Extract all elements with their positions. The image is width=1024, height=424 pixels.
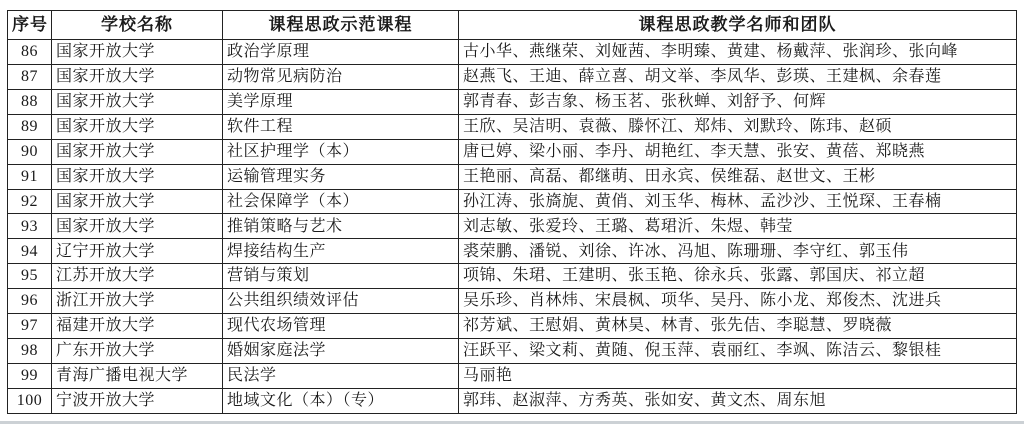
row-demo-course: 社区护理学（本）: [223, 139, 459, 164]
header-serial-number: 序号: [8, 11, 52, 40]
row-teaching-team: 王艳丽、高磊、都继萌、田永宾、侯维磊、赵世文、王彬: [459, 164, 1017, 189]
course-table: 序号 学校名称 课程思政示范课程 课程思政教学名师和团队 86国家开放大学政治学…: [7, 10, 1017, 414]
row-serial-number: 91: [8, 164, 52, 189]
table-row: 99青海广播电视大学民法学马丽艳: [8, 363, 1017, 388]
table-row: 95江苏开放大学营销与策划项锦、朱珺、王建明、张玉艳、徐永兵、张露、郭国庆、祁立…: [8, 264, 1017, 289]
row-teaching-team: 刘志敏、张爱玲、王璐、葛珺沂、朱煜、韩莹: [459, 214, 1017, 239]
row-demo-course: 地域文化（本）（专）: [223, 388, 459, 413]
row-serial-number: 98: [8, 339, 52, 364]
table-row: 91国家开放大学运输管理实务王艳丽、高磊、都继萌、田永宾、侯维磊、赵世文、王彬: [8, 164, 1017, 189]
row-demo-course: 运输管理实务: [223, 164, 459, 189]
row-school-name: 青海广播电视大学: [52, 363, 223, 388]
table-row: 94辽宁开放大学焊接结构生产裘荣鹏、潘锐、刘徐、许冰、冯旭、陈珊珊、李守红、郭玉…: [8, 239, 1017, 264]
row-demo-course: 现代农场管理: [223, 314, 459, 339]
row-school-name: 江苏开放大学: [52, 264, 223, 289]
row-demo-course: 婚姻家庭法学: [223, 339, 459, 364]
row-school-name: 辽宁开放大学: [52, 239, 223, 264]
row-serial-number: 90: [8, 139, 52, 164]
row-school-name: 浙江开放大学: [52, 289, 223, 314]
row-teaching-team: 郭玮、赵淑萍、方秀英、张如安、黄文杰、周东旭: [459, 388, 1017, 413]
row-demo-course: 社会保障学（本）: [223, 189, 459, 214]
row-school-name: 国家开放大学: [52, 64, 223, 89]
table-row: 90国家开放大学社区护理学（本）唐已婷、梁小丽、李丹、胡艳红、李天慧、张安、黄蓓…: [8, 139, 1017, 164]
header-teaching-team: 课程思政教学名师和团队: [459, 11, 1017, 40]
table-row: 100宁波开放大学地域文化（本）（专）郭玮、赵淑萍、方秀英、张如安、黄文杰、周东…: [8, 388, 1017, 413]
row-school-name: 国家开放大学: [52, 164, 223, 189]
row-serial-number: 96: [8, 289, 52, 314]
row-serial-number: 86: [8, 40, 52, 65]
row-demo-course: 软件工程: [223, 114, 459, 139]
row-serial-number: 97: [8, 314, 52, 339]
header-school-name: 学校名称: [52, 11, 223, 40]
row-serial-number: 95: [8, 264, 52, 289]
row-teaching-team: 郭青春、彭吉象、杨玉茗、张秋蝉、刘舒予、何辉: [459, 89, 1017, 114]
row-serial-number: 88: [8, 89, 52, 114]
row-serial-number: 89: [8, 114, 52, 139]
row-teaching-team: 吴乐珍、肖林炜、宋晨枫、项华、吴丹、陈小龙、郑俊杰、沈进兵: [459, 289, 1017, 314]
row-school-name: 广东开放大学: [52, 339, 223, 364]
row-serial-number: 94: [8, 239, 52, 264]
table-row: 88国家开放大学美学原理郭青春、彭吉象、杨玉茗、张秋蝉、刘舒予、何辉: [8, 89, 1017, 114]
row-demo-course: 美学原理: [223, 89, 459, 114]
table-row: 86国家开放大学政治学原理古小华、燕继荣、刘娅茜、李明臻、黄建、杨戴萍、张润珍、…: [8, 40, 1017, 65]
table-row: 87国家开放大学动物常见病防治赵燕飞、王迪、薛立喜、胡文举、李凤华、彭瑛、王建枫…: [8, 64, 1017, 89]
row-school-name: 国家开放大学: [52, 214, 223, 239]
row-demo-course: 焊接结构生产: [223, 239, 459, 264]
row-serial-number: 99: [8, 363, 52, 388]
row-teaching-team: 唐已婷、梁小丽、李丹、胡艳红、李天慧、张安、黄蓓、郑晓燕: [459, 139, 1017, 164]
row-serial-number: 93: [8, 214, 52, 239]
table-header: 序号 学校名称 课程思政示范课程 课程思政教学名师和团队: [8, 11, 1017, 40]
row-demo-course: 公共组织绩效评估: [223, 289, 459, 314]
row-demo-course: 推销策略与艺术: [223, 214, 459, 239]
row-demo-course: 政治学原理: [223, 40, 459, 65]
row-serial-number: 100: [8, 388, 52, 413]
row-teaching-team: 马丽艳: [459, 363, 1017, 388]
row-teaching-team: 古小华、燕继荣、刘娅茜、李明臻、黄建、杨戴萍、张润珍、张向峰: [459, 40, 1017, 65]
table-body: 86国家开放大学政治学原理古小华、燕继荣、刘娅茜、李明臻、黄建、杨戴萍、张润珍、…: [8, 40, 1017, 414]
row-school-name: 国家开放大学: [52, 40, 223, 65]
row-teaching-team: 祁芳斌、王慰娟、黄林昊、林青、张先佶、李聪慧、罗晓薇: [459, 314, 1017, 339]
table-row: 96浙江开放大学公共组织绩效评估吴乐珍、肖林炜、宋晨枫、项华、吴丹、陈小龙、郑俊…: [8, 289, 1017, 314]
row-demo-course: 动物常见病防治: [223, 64, 459, 89]
table-row: 93国家开放大学推销策略与艺术刘志敏、张爱玲、王璐、葛珺沂、朱煜、韩莹: [8, 214, 1017, 239]
header-row: 序号 学校名称 课程思政示范课程 课程思政教学名师和团队: [8, 11, 1017, 40]
table-row: 98广东开放大学婚姻家庭法学汪跃平、梁文莉、黄随、倪玉萍、袁丽红、李飒、陈洁云、…: [8, 339, 1017, 364]
row-teaching-team: 孙江涛、张旖旎、黄俏、刘玉华、梅林、孟沙沙、王悦琛、王春楠: [459, 189, 1017, 214]
row-teaching-team: 项锦、朱珺、王建明、张玉艳、徐永兵、张露、郭国庆、祁立超: [459, 264, 1017, 289]
row-teaching-team: 赵燕飞、王迪、薛立喜、胡文举、李凤华、彭瑛、王建枫、余春莲: [459, 64, 1017, 89]
row-school-name: 国家开放大学: [52, 89, 223, 114]
row-school-name: 福建开放大学: [52, 314, 223, 339]
row-teaching-team: 王欣、吴洁明、袁薇、滕怀江、郑炜、刘默玲、陈玮、赵硕: [459, 114, 1017, 139]
row-school-name: 国家开放大学: [52, 189, 223, 214]
row-serial-number: 87: [8, 64, 52, 89]
row-teaching-team: 汪跃平、梁文莉、黄随、倪玉萍、袁丽红、李飒、陈洁云、黎银桂: [459, 339, 1017, 364]
row-school-name: 国家开放大学: [52, 139, 223, 164]
table-row: 92国家开放大学社会保障学（本）孙江涛、张旖旎、黄俏、刘玉华、梅林、孟沙沙、王悦…: [8, 189, 1017, 214]
row-demo-course: 营销与策划: [223, 264, 459, 289]
document-page: 序号 学校名称 课程思政示范课程 课程思政教学名师和团队 86国家开放大学政治学…: [0, 0, 1024, 424]
table-row: 89国家开放大学软件工程王欣、吴洁明、袁薇、滕怀江、郑炜、刘默玲、陈玮、赵硕: [8, 114, 1017, 139]
row-school-name: 宁波开放大学: [52, 388, 223, 413]
row-school-name: 国家开放大学: [52, 114, 223, 139]
table-row: 97福建开放大学现代农场管理祁芳斌、王慰娟、黄林昊、林青、张先佶、李聪慧、罗晓薇: [8, 314, 1017, 339]
row-teaching-team: 裘荣鹏、潘锐、刘徐、许冰、冯旭、陈珊珊、李守红、郭玉伟: [459, 239, 1017, 264]
header-demo-course: 课程思政示范课程: [223, 11, 459, 40]
row-serial-number: 92: [8, 189, 52, 214]
row-demo-course: 民法学: [223, 363, 459, 388]
